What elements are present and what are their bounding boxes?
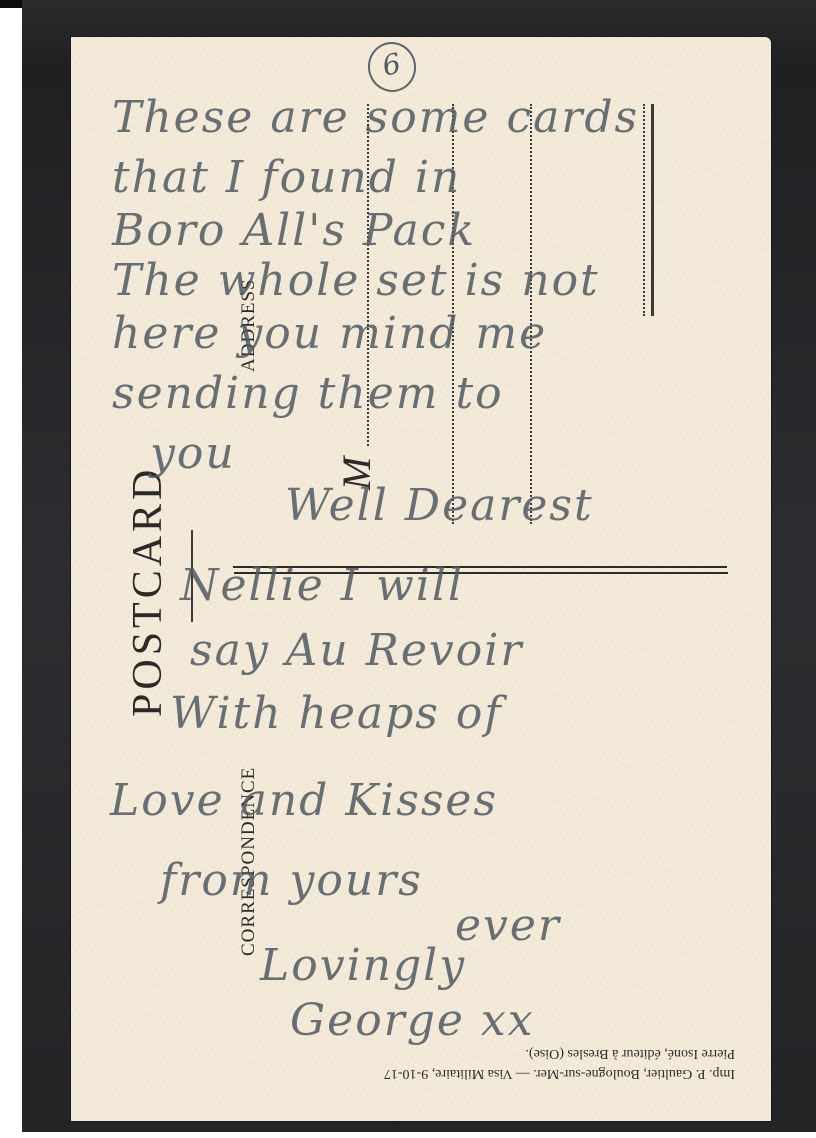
- stamp-box-rule: [651, 104, 654, 316]
- imprint-line-2: Pierre Isoné, éditeur à Bresles (Oise).: [95, 1043, 735, 1063]
- handwritten-line: Boro All's Pack: [112, 205, 476, 256]
- postcard-title: POSTCARD: [124, 466, 172, 717]
- address-line-4: [643, 104, 645, 316]
- handwritten-line: that I found in: [112, 152, 461, 203]
- handwritten-line: here you mind me: [112, 308, 547, 359]
- handwritten-line: from yours: [160, 855, 423, 906]
- handwritten-line: With heaps of: [170, 688, 503, 739]
- handwritten-line: These are some cards: [112, 92, 639, 143]
- printer-imprint: Imp. P. Gaultier, Boulogne-sur-Mer. — Vi…: [95, 1043, 735, 1083]
- handwritten-line: ever: [455, 900, 561, 951]
- handwritten-line: sending them to: [112, 368, 504, 419]
- handwritten-line: say Au Revoir: [190, 625, 523, 676]
- imprint-line-1: Imp. P. Gaultier, Boulogne-sur-Mer. — Vi…: [95, 1063, 735, 1083]
- handwritten-line: Nellie I will: [180, 560, 464, 611]
- handwritten-line: Well Dearest: [285, 480, 594, 531]
- handwritten-line: Lovingly: [260, 940, 466, 991]
- handwritten-line: Love and Kisses: [110, 775, 498, 826]
- handwritten-line: The whole set is not: [112, 255, 600, 306]
- handwritten-line: you: [150, 428, 236, 479]
- scan-background: [0, 8, 22, 1138]
- handwritten-line: George xx: [290, 995, 535, 1046]
